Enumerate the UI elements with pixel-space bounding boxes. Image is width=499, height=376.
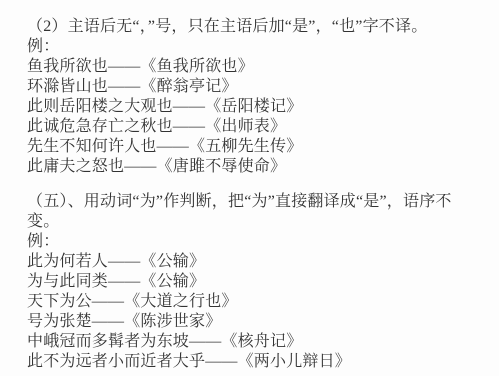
example-line: 此为何若人——《公输》 (27, 252, 477, 272)
example-line: 为与此同类——《公输》 (27, 272, 477, 292)
example-line: 号为张楚——《陈涉世家》 (27, 312, 477, 332)
example-line: 此诚危急存亡之秋也——《出师表》 (27, 117, 477, 137)
example-line: 鱼我所欲也——《鱼我所欲也》 (27, 57, 477, 77)
example-line: 先生不知何许人也——《五柳先生传》 (27, 137, 477, 157)
example-line: 此不为远者小而近者大乎——《两小儿辩日》 (27, 352, 477, 372)
example-line: 环滁皆山也——《醉翁亭记》 (27, 77, 477, 97)
example-line: 中峨冠而多髯者为东坡——《核舟记》 (27, 332, 477, 352)
example-line: 此庸夫之怒也——《唐雎不辱使命》 (27, 157, 477, 177)
section-rule-5: （五）、用动词“为”作判断，把“为”直接翻译成“是”，语序不变。 例： 此为何若… (27, 192, 477, 372)
rule-heading: （五）、用动词“为”作判断，把“为”直接翻译成“是”，语序不变。 (27, 192, 477, 232)
section-rule-2: （2）主语后无“，”号，只在主语后加“是”，“也”字不译。 例： 鱼我所欲也——… (27, 17, 477, 177)
example-line: 天下为公——《大道之行也》 (27, 292, 477, 312)
example-line: 此则岳阳楼之大观也——《岳阳楼记》 (27, 97, 477, 117)
document-page: （2）主语后无“，”号，只在主语后加“是”，“也”字不译。 例： 鱼我所欲也——… (0, 0, 499, 376)
example-label: 例： (27, 37, 477, 57)
example-label: 例： (27, 232, 477, 252)
rule-heading: （2）主语后无“，”号，只在主语后加“是”，“也”字不译。 (27, 17, 477, 37)
